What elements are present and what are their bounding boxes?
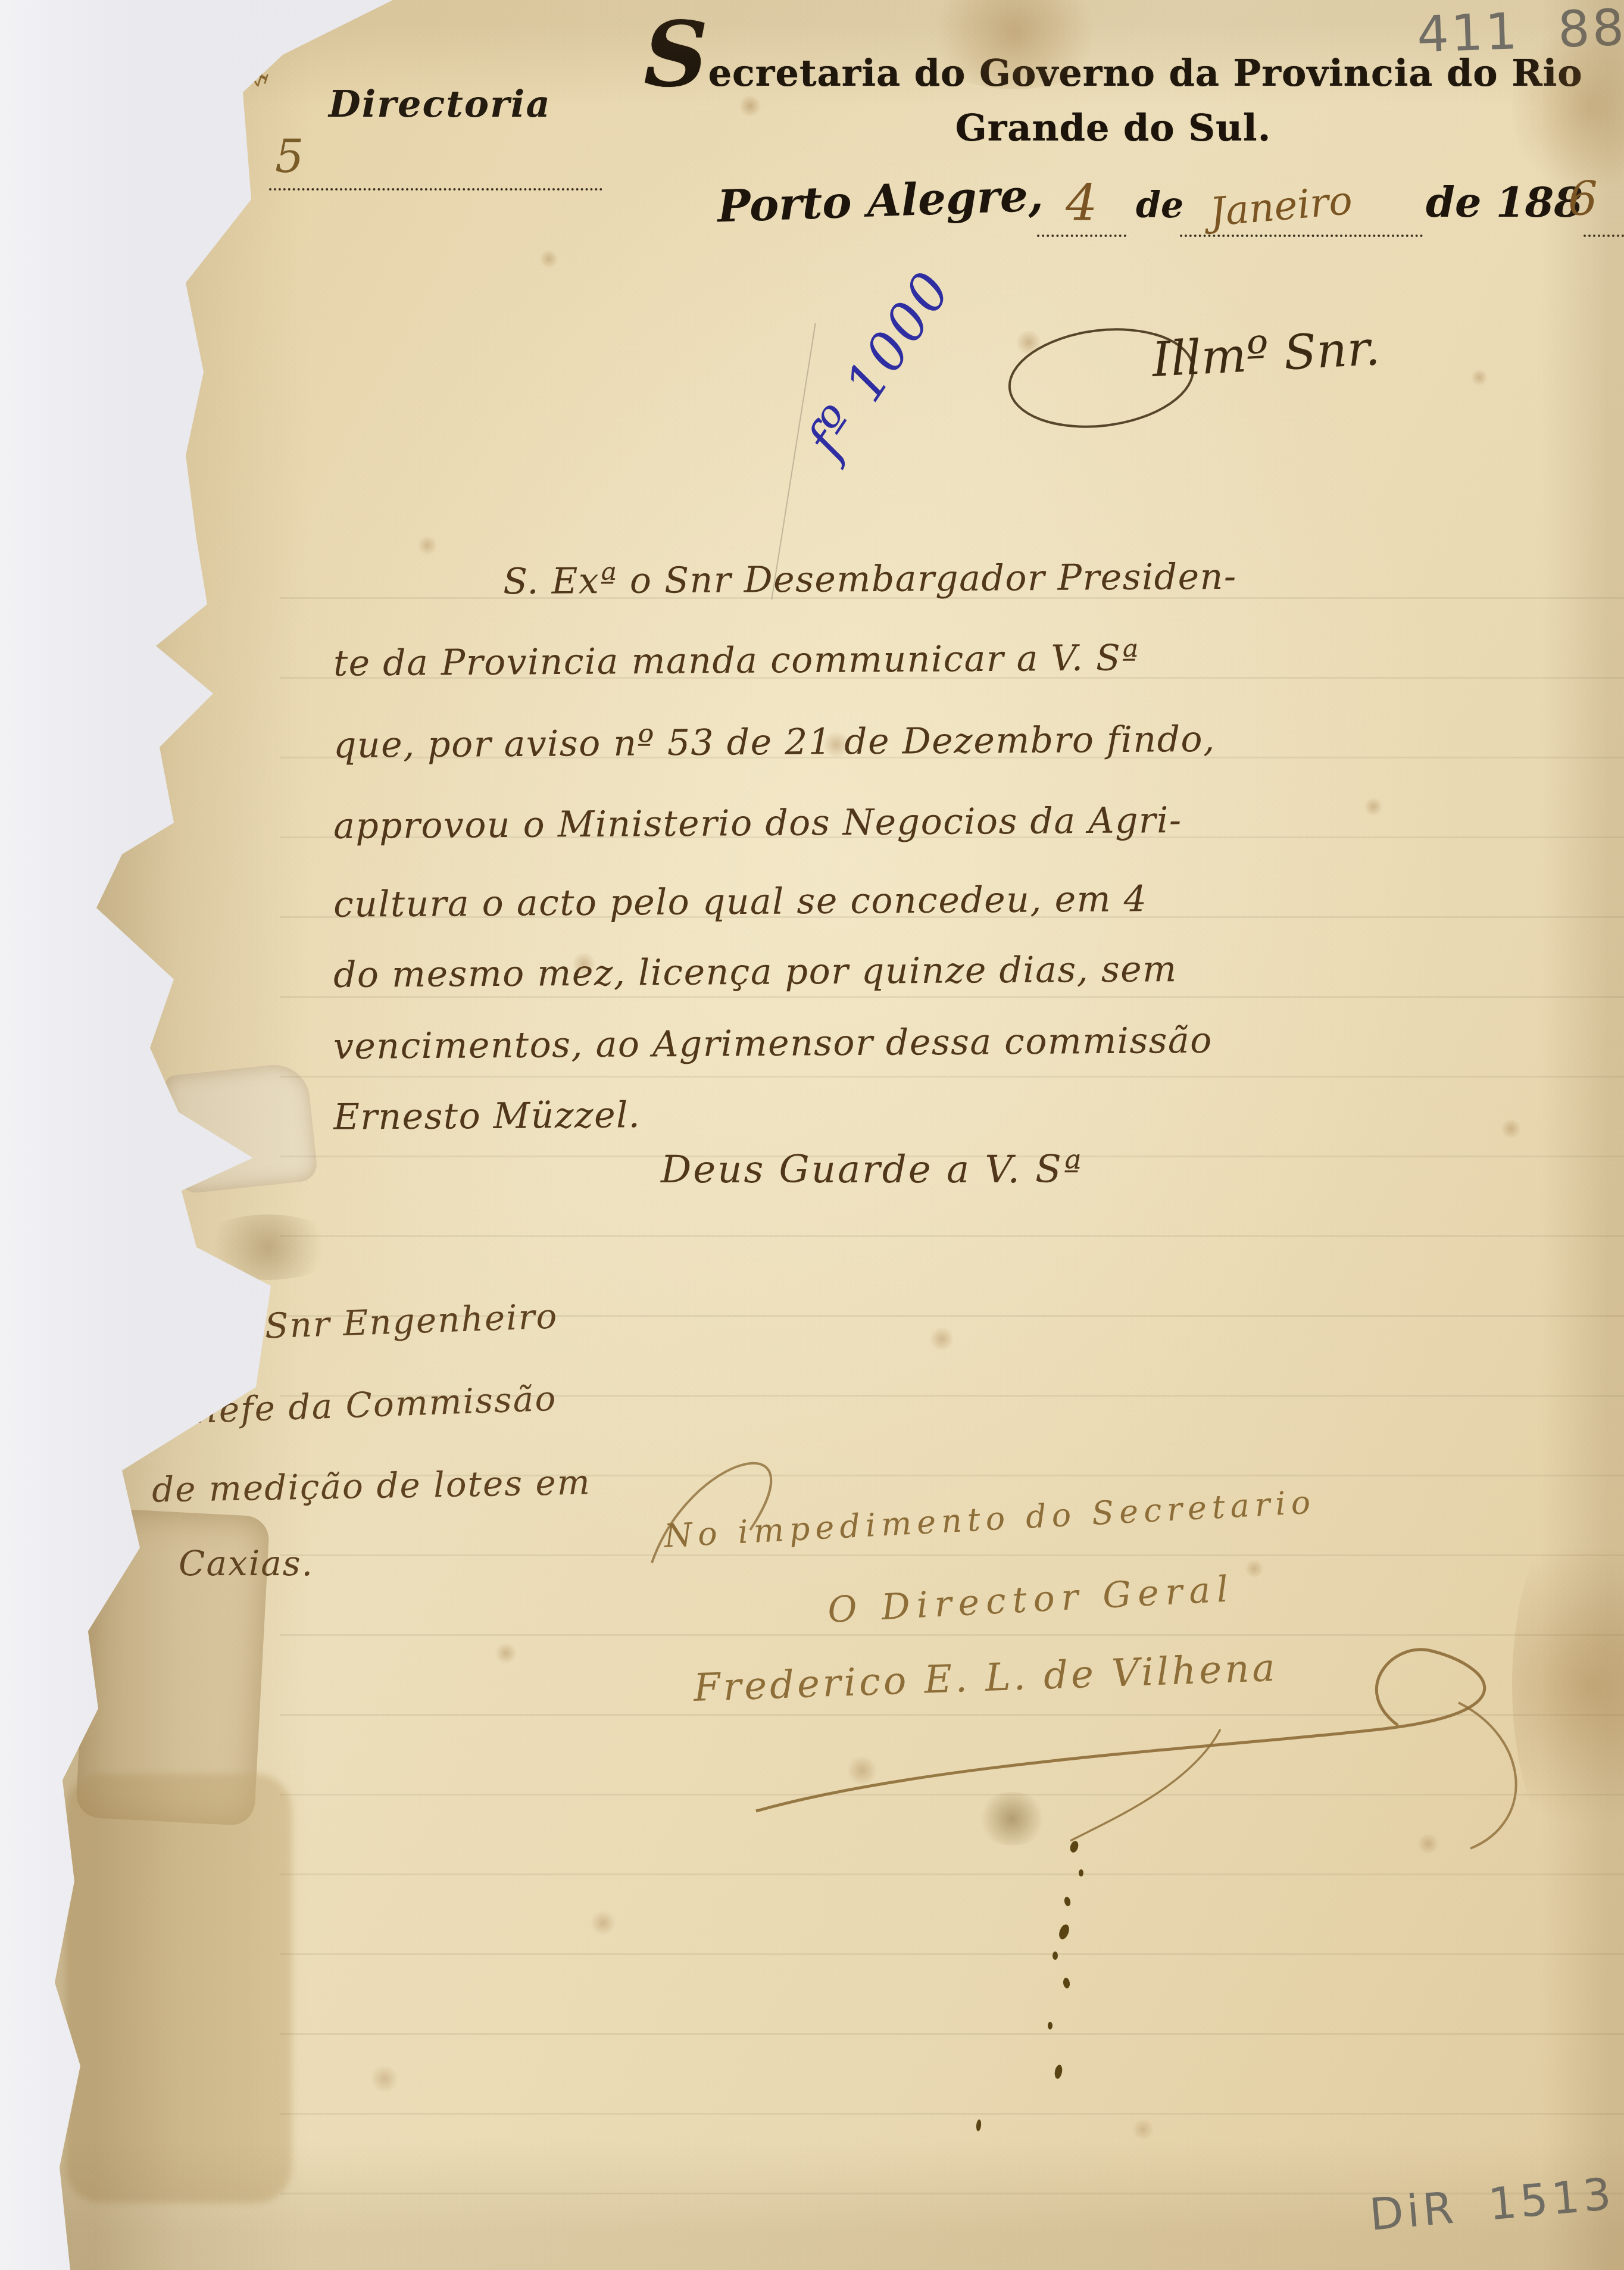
scratch-line [771, 323, 816, 600]
dateline-dotted-line [1037, 235, 1126, 237]
letter-paper: 4ª Directoria 5 Secretaria do Governo da… [0, 0, 1624, 2270]
body-line: cultura o acto pelo qual se concedeu, em… [333, 878, 1148, 926]
address-line: Illmº Snr Engenheiro [161, 1295, 558, 1350]
dateline-de2: de 188 [1426, 177, 1583, 227]
body-line: Ernesto Müzzel. [333, 1094, 641, 1138]
foxing-spot [589, 1911, 617, 1935]
dateline-place: Porto Alegre, [717, 170, 1044, 232]
body-line: S. Exª o Snr Desembargador Presiden- [503, 556, 1237, 603]
blue-folio-annotation: fº 1000 [795, 260, 963, 469]
address-line: de medição de lotes em [151, 1462, 591, 1510]
address-line: Chefe da Commissão [167, 1378, 557, 1432]
registry-dotted-line [269, 188, 602, 191]
foxing-spot [494, 1643, 518, 1663]
dateline-de: de [1136, 185, 1183, 226]
address-line: Caxias. [179, 1543, 314, 1584]
dateline-dotted-line [1584, 235, 1624, 237]
ink-spatter [1057, 1923, 1071, 1941]
pencil-reference-code: DiR 1513 [1367, 2168, 1617, 2241]
foxing-spot [539, 250, 559, 268]
dateline-day: 4 [1066, 174, 1097, 232]
ink-spatter [1053, 1951, 1058, 1960]
body-line: te da Provincia manda communicar a V. Sª [333, 637, 1139, 684]
directoria-label: Directoria [329, 82, 551, 126]
body-line: que, por aviso nº 53 de 21 de Dezembro f… [333, 719, 1216, 766]
pencil-accession-number: 411 886 [1416, 0, 1624, 64]
torn-flap [164, 1061, 318, 1195]
ink-spatter [976, 2119, 982, 2132]
signature-flourish [625, 1369, 1560, 1905]
foxing-spot [1500, 1119, 1522, 1138]
foxing-spot [369, 2066, 400, 2092]
foxing-spot [1363, 798, 1383, 816]
ruled-lines [280, 519, 1624, 2204]
ink-spatter [1048, 2022, 1053, 2029]
foxing-spot [1470, 369, 1488, 386]
foxing-spot [1131, 2119, 1155, 2140]
stain [196, 1214, 339, 1280]
dateline-year-digit: 6 [1568, 173, 1598, 226]
registry-number: 5 [275, 130, 304, 183]
torn-flap [65, 1774, 292, 2203]
body-line: vencimentos, ao Agrimensor dessa commiss… [333, 1020, 1213, 1067]
directoria-number-handwritten: 4ª [238, 49, 281, 91]
body-line: do mesmo mez, licença por quinze dias, s… [333, 948, 1178, 996]
foxing-spot [929, 1328, 955, 1350]
ink-spatter [1063, 1977, 1070, 1988]
body-line: approvou o Ministerio dos Negocios da Ag… [333, 800, 1182, 847]
ink-spatter [1054, 2064, 1063, 2079]
salutation: Illmº Snr. [1151, 320, 1381, 388]
dateline-dotted-line [1180, 235, 1423, 237]
foxing-spot [417, 536, 438, 555]
valediction: Deus Guarde a V. Sª [661, 1148, 1083, 1192]
dateline-month: Janeiro [1208, 177, 1354, 236]
